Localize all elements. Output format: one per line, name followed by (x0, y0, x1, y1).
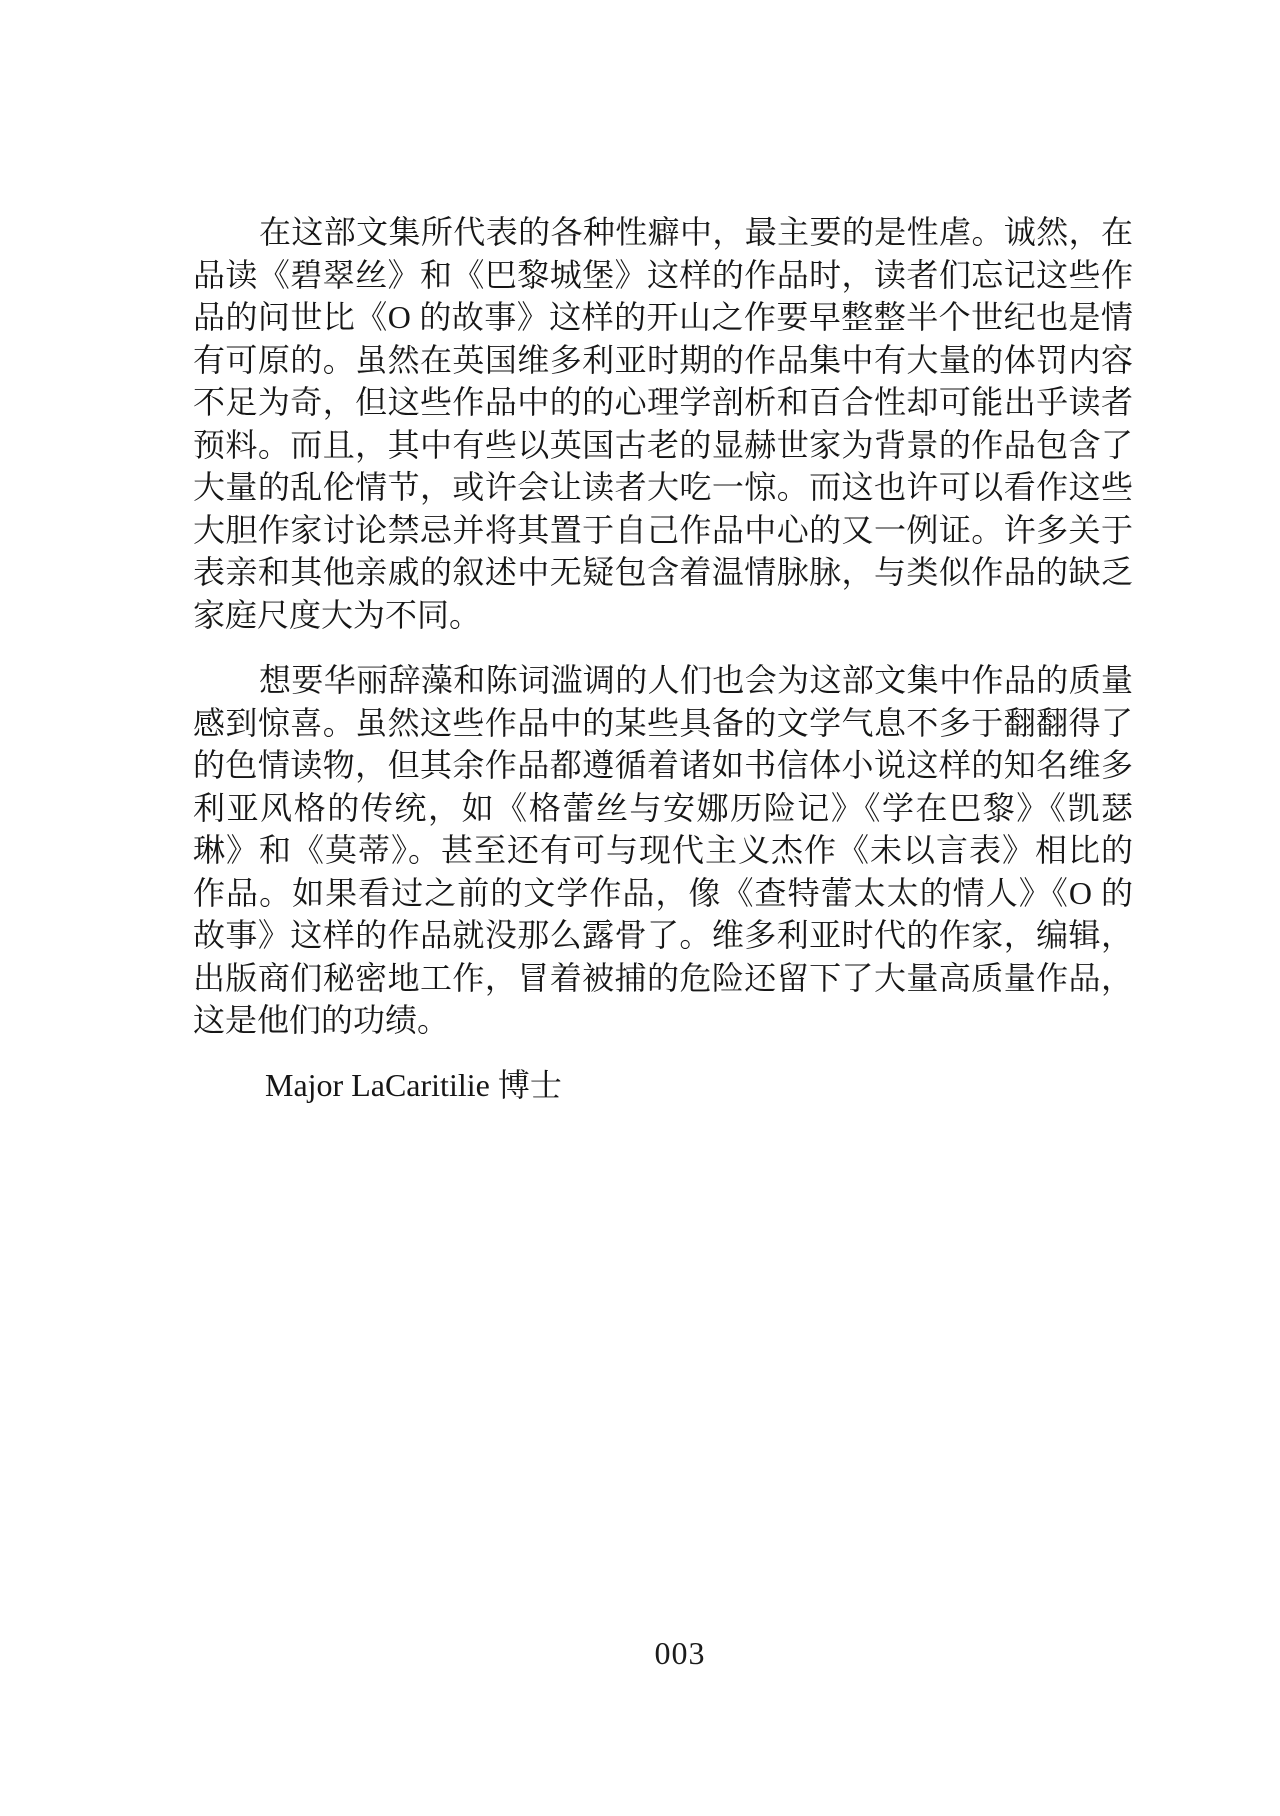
text-line: 的色情读物，但其余作品都遵循着诸如书信体小说这样的知名维多 (193, 744, 1133, 787)
text-line: 在这部文集所代表的各种性癖中，最主要的是性虐。诚然，在 (193, 211, 1133, 254)
text-line: 大量的乱伦情节，或许会让读者大吃一惊。而这也许可以看作这些 (193, 466, 1133, 509)
text-line: 品读《碧翠丝》和《巴黎城堡》这样的作品时，读者们忘记这些作 (193, 254, 1133, 297)
text-line: 想要华丽辞藻和陈词滥调的人们也会为这部文集中作品的质量 (193, 659, 1133, 702)
text-line: 不足为奇，但这些作品中的的心理学剖析和百合性却可能出乎读者 (193, 381, 1133, 424)
text-line: 家庭尺度大为不同。 (193, 594, 1133, 637)
text-line: 这是他们的功绩。 (193, 999, 1133, 1042)
text-line: 表亲和其他亲戚的叙述中无疑包含着温情脉脉，与类似作品的缺乏 (193, 551, 1133, 594)
body-text: 在这部文集所代表的各种性癖中，最主要的是性虐。诚然，在 品读《碧翠丝》和《巴黎城… (193, 211, 1133, 1106)
text-line: 感到惊喜。虽然这些作品中的某些具备的文学气息不多于翻翻得了 (193, 702, 1133, 745)
paragraph-1: 在这部文集所代表的各种性癖中，最主要的是性虐。诚然，在 品读《碧翠丝》和《巴黎城… (193, 211, 1133, 636)
text-line: 品的问世比《O 的故事》这样的开山之作要早整整半个世纪也是情 (193, 296, 1133, 339)
paragraph-2: 想要华丽辞藻和陈词滥调的人们也会为这部文集中作品的质量 感到惊喜。虽然这些作品中… (193, 659, 1133, 1042)
text-line: 利亚风格的传统，如《格蕾丝与安娜历险记》《学在巴黎》《凯瑟 (193, 787, 1133, 830)
text-line: 琳》和《莫蒂》。甚至还有可与现代主义杰作《未以言表》相比的 (193, 829, 1133, 872)
author-signature: Major LaCaritilie 博士 (193, 1064, 1133, 1107)
page-number: 003 (655, 1635, 706, 1672)
book-page: 在这部文集所代表的各种性癖中，最主要的是性虐。诚然，在 品读《碧翠丝》和《巴黎城… (0, 0, 1280, 1816)
text-line: 故事》这样的作品就没那么露骨了。维多利亚时代的作家，编辑， (193, 914, 1133, 957)
text-line: 大胆作家讨论禁忌并将其置于自己作品中心的又一例证。许多关于 (193, 509, 1133, 552)
text-line: 预料。而且，其中有些以英国古老的显赫世家为背景的作品包含了 (193, 424, 1133, 467)
text-line: 有可原的。虽然在英国维多利亚时期的作品集中有大量的体罚内容 (193, 339, 1133, 382)
text-line: 出版商们秘密地工作，冒着被捕的危险还留下了大量高质量作品， (193, 957, 1133, 1000)
text-line: 作品。如果看过之前的文学作品，像《查特蕾太太的情人》《O 的 (193, 872, 1133, 915)
